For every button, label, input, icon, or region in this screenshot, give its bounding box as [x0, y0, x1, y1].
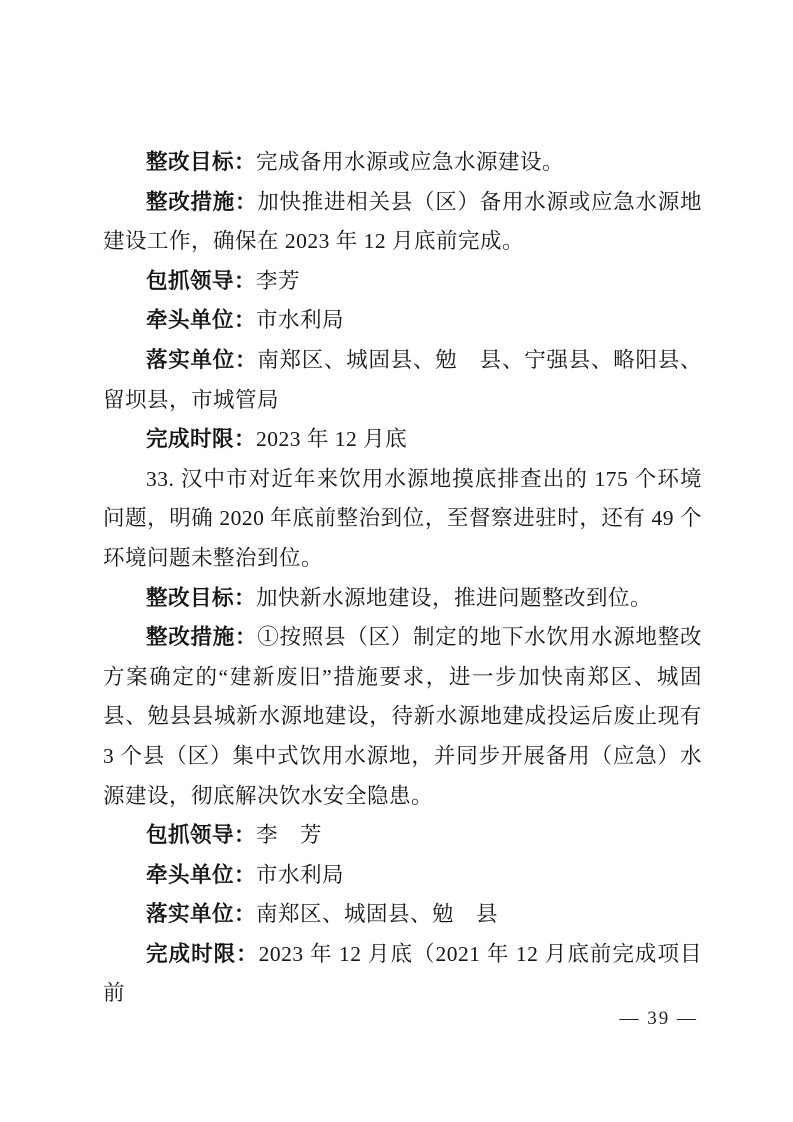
field-label: 牵头单位：	[146, 308, 256, 332]
field-text: 加快新水源地建设，推进问题整改到位。	[256, 586, 652, 610]
field-label: 整改目标：	[146, 586, 256, 610]
field-label: 包抓领导：	[146, 269, 256, 293]
field-label: 整改措施：	[146, 625, 257, 649]
page-number: — 39 —	[498, 1008, 698, 1030]
paragraph: 落实单位：南郑区、城固县、勉 县	[103, 895, 702, 935]
document-page: 整改目标：完成备用水源或应急水源建设。 整改措施：加快推进相关县（区）备用水源或…	[0, 0, 793, 1122]
paragraph: 整改目标：加快新水源地建设，推进问题整改到位。	[103, 579, 702, 619]
paragraph-item-33: 33. 汉中市对近年来饮用水源地摸底排查出的 175 个环境问题，明确 2020…	[103, 460, 702, 579]
field-text: ①按照县（区）制定的地下水饮用水源地整改方案确定的“建新废旧”措施要求，进一步加…	[103, 625, 702, 807]
field-text: 南郑区、城固县、勉 县	[256, 902, 498, 926]
paragraph: 整改目标：完成备用水源或应急水源建设。	[103, 143, 702, 183]
paragraph: 包抓领导：李 芳	[103, 816, 702, 856]
paragraph: 牵头单位：市水利局	[103, 856, 702, 896]
field-text: 市水利局	[256, 308, 344, 332]
field-label: 包抓领导：	[146, 823, 256, 847]
field-text: 李 芳	[256, 823, 322, 847]
paragraph: 完成时限：2023 年 12 月底（2021 年 12 月底前完成项目前	[103, 935, 702, 1014]
field-label: 整改措施：	[146, 190, 257, 214]
field-text: 2023 年 12 月底	[256, 427, 407, 451]
document-body: 整改目标：完成备用水源或应急水源建设。 整改措施：加快推进相关县（区）备用水源或…	[103, 143, 702, 1014]
field-label: 完成时限：	[146, 427, 256, 451]
field-label: 落实单位：	[146, 348, 257, 372]
paragraph: 整改措施：①按照县（区）制定的地下水饮用水源地整改方案确定的“建新废旧”措施要求…	[103, 618, 702, 816]
paragraph: 完成时限：2023 年 12 月底	[103, 420, 702, 460]
field-text: 33. 汉中市对近年来饮用水源地摸底排查出的 175 个环境问题，明确 2020…	[103, 467, 702, 570]
field-text: 李芳	[256, 269, 300, 293]
paragraph: 包抓领导：李芳	[103, 262, 702, 302]
field-label: 完成时限：	[146, 942, 259, 966]
paragraph: 整改措施：加快推进相关县（区）备用水源或应急水源地建设工作，确保在 2023 年…	[103, 183, 702, 262]
paragraph: 落实单位：南郑区、城固县、勉 县、宁强县、略阳县、留坝县，市城管局	[103, 341, 702, 420]
field-label: 落实单位：	[146, 902, 256, 926]
field-text: 市水利局	[256, 863, 344, 887]
paragraph: 牵头单位：市水利局	[103, 301, 702, 341]
field-label: 牵头单位：	[146, 863, 256, 887]
field-label: 整改目标：	[146, 150, 256, 174]
field-text: 完成备用水源或应急水源建设。	[256, 150, 564, 174]
